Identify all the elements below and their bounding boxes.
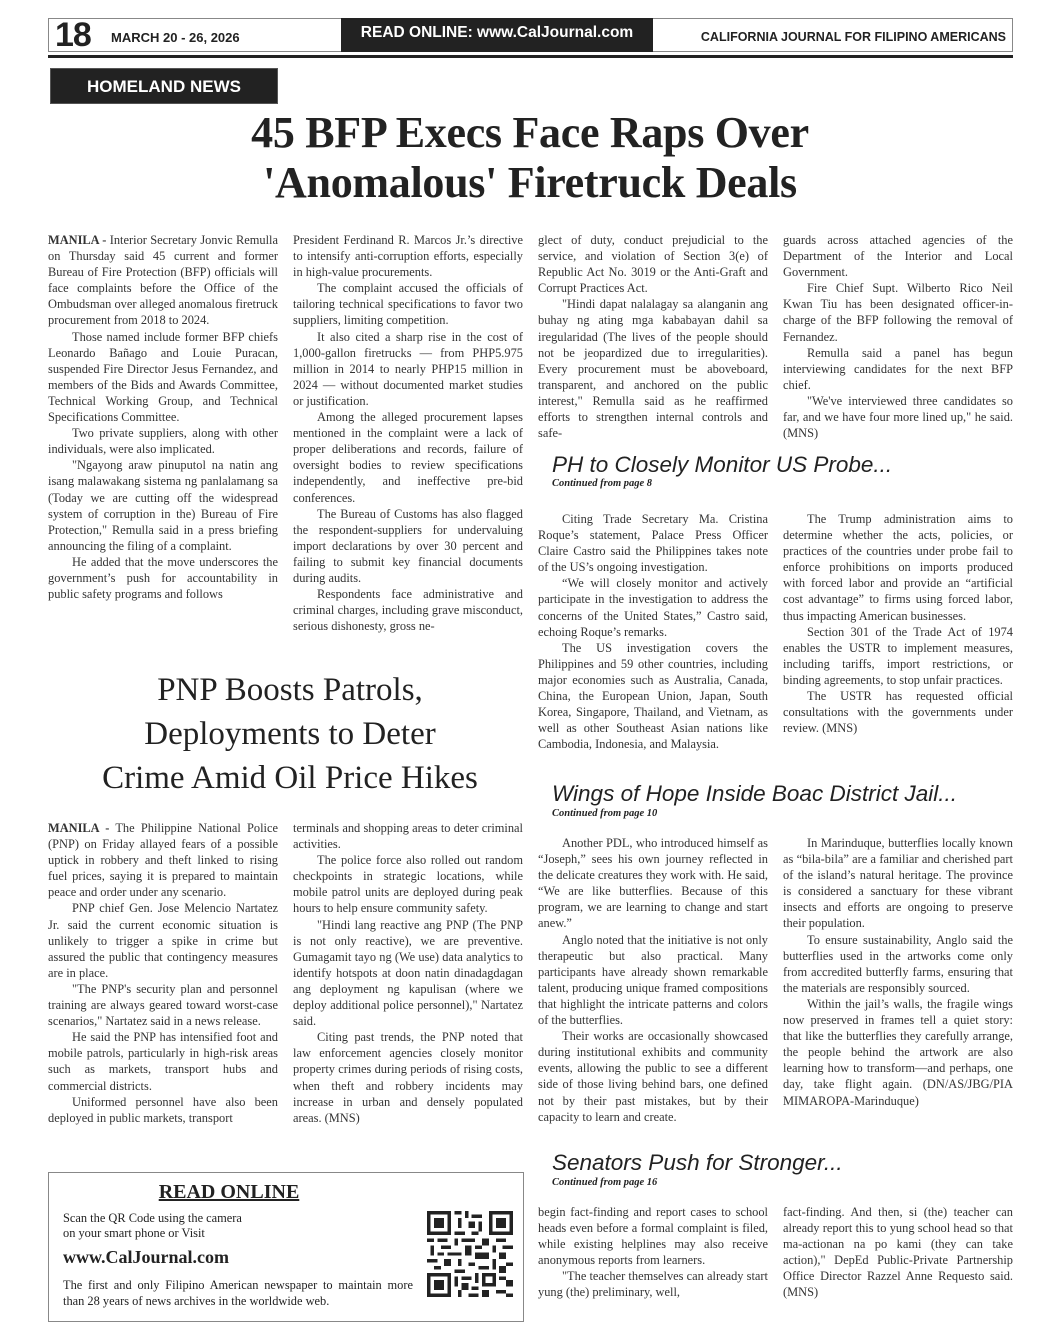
article-paragraph: The Bureau of Customs has also flagged t… (293, 506, 523, 586)
promo-title: READ ONLINE (49, 1181, 409, 1204)
read-online-banner[interactable]: READ ONLINE: www.CalJournal.com (341, 18, 653, 52)
main-headline: 45 BFP Execs Face Raps Over 'Anomalous' … (160, 108, 900, 208)
article3-column-1: Citing Trade Secretary Ma. Cristina Roqu… (538, 511, 768, 752)
article-paragraph: fact-finding. And then, si (the) teacher… (783, 1204, 1013, 1301)
article2-column-1: MANILA - The Philippine National Police … (48, 820, 278, 1126)
pnp-headline: PNP Boosts Patrols, Deployments to Deter… (50, 668, 530, 800)
article2-column-2: terminals and shopping areas to deter cr… (293, 820, 523, 1126)
promo-description: The first and only Filipino American new… (63, 1277, 413, 1309)
article-paragraph: Two private suppliers, along with other … (48, 425, 278, 457)
article-paragraph: Remulla said a panel has begun interview… (783, 345, 1013, 393)
article-paragraph: Respondents face administrative and crim… (293, 586, 523, 634)
article-paragraph: Within the jail’s walls, the fragile win… (783, 996, 1013, 1109)
article-paragraph: MANILA - The Philippine National Police … (48, 820, 278, 900)
article-paragraph: It also cited a sharp rise in the cost o… (293, 329, 523, 409)
masthead: 18 MARCH 20 - 26, 2026 READ ONLINE: www.… (48, 18, 1013, 52)
article-paragraph: Their works are occasionally showcased d… (538, 1028, 768, 1125)
senators-push-headline[interactable]: Senators Push for Stronger... (552, 1150, 843, 1176)
article5-column-1: begin fact-finding and report cases to s… (538, 1204, 768, 1301)
article3-column-2: The Trump administration aims to determi… (783, 511, 1013, 736)
article-paragraph: "Ngayong araw pinuputol na natin ang isa… (48, 457, 278, 554)
article-paragraph: Among the alleged procurement lapses men… (293, 409, 523, 506)
read-online-promo: READ ONLINE Scan the QR Code using the c… (48, 1172, 524, 1322)
article-paragraph: Fire Chief Supt. Wilberto Rico Neil Kwan… (783, 280, 1013, 344)
publication-name: CALIFORNIA JOURNAL FOR FILIPINO AMERICAN… (653, 19, 1012, 51)
continued-note[interactable]: Continued from page 8 (552, 478, 652, 489)
article-paragraph: “We will closely monitor and actively pa… (538, 575, 768, 639)
issue-date: MARCH 20 - 26, 2026 (101, 19, 341, 51)
article4-column-1: Another PDL, who introduced himself as “… (538, 835, 768, 1125)
article-paragraph: PNP chief Gen. Jose Melencio Nartatez Jr… (48, 900, 278, 980)
article-paragraph: MANILA - Interior Secretary Jonvic Remul… (48, 232, 278, 329)
article-paragraph: Uniformed personnel have also been deplo… (48, 1094, 278, 1126)
article-paragraph: Anglo noted that the initiative is not o… (538, 932, 768, 1029)
article1-column-3: glect of duty, conduct prejudicial to th… (538, 232, 768, 441)
article-paragraph: To ensure sustainability, Anglo said the… (783, 932, 1013, 996)
section-tag: HOMELAND NEWS (50, 68, 278, 104)
article-paragraph: guards across attached agencies of the D… (783, 232, 1013, 280)
article-paragraph: In Marinduque, butterflies locally known… (783, 835, 1013, 932)
article-paragraph: The Trump administration aims to determi… (783, 511, 1013, 624)
dateline: MANILA - (48, 233, 106, 247)
masthead-divider (48, 55, 1013, 58)
article-paragraph: terminals and shopping areas to deter cr… (293, 820, 523, 852)
article-paragraph: Those named include former BFP chiefs Le… (48, 329, 278, 426)
pnp-headline-line-1: PNP Boosts Patrols, (50, 668, 530, 712)
article-paragraph: "We've interviewed three candidates so f… (783, 393, 1013, 441)
article-paragraph: The USTR has requested official consulta… (783, 688, 1013, 736)
main-headline-line-1: 45 BFP Execs Face Raps Over (160, 108, 900, 158)
article-paragraph: begin fact-finding and report cases to s… (538, 1204, 768, 1268)
article-paragraph: President Ferdinand R. Marcos Jr.’s dire… (293, 232, 523, 280)
main-headline-line-2: 'Anomalous' Firetruck Deals (160, 158, 900, 208)
ph-monitor-headline[interactable]: PH to Closely Monitor US Probe... (552, 452, 892, 478)
article-paragraph: The police force also rolled out random … (293, 852, 523, 916)
pnp-headline-line-3: Crime Amid Oil Price Hikes (50, 756, 530, 800)
qr-code-icon[interactable] (427, 1211, 513, 1297)
article-paragraph: "Hindi dapat nalalagay sa alanganin ang … (538, 296, 768, 441)
article1-column-2: President Ferdinand R. Marcos Jr.’s dire… (293, 232, 523, 634)
article-paragraph: Another PDL, who introduced himself as “… (538, 835, 768, 932)
wings-of-hope-headline[interactable]: Wings of Hope Inside Boac District Jail.… (552, 781, 957, 807)
article-paragraph: Citing past trends, the PNP noted that l… (293, 1029, 523, 1126)
article-paragraph: glect of duty, conduct prejudicial to th… (538, 232, 768, 296)
article-paragraph: "The PNP's security plan and personnel t… (48, 981, 278, 1029)
continued-note[interactable]: Continued from page 10 (552, 808, 657, 819)
article-paragraph: Section 301 of the Trade Act of 1974 ena… (783, 624, 1013, 688)
article5-column-2: fact-finding. And then, si (the) teacher… (783, 1204, 1013, 1301)
page-number: 18 (49, 19, 101, 51)
article-paragraph: The US investigation covers the Philippi… (538, 640, 768, 753)
article-paragraph: The complaint accused the officials of t… (293, 280, 523, 328)
promo-url-link[interactable]: www.CalJournal.com (63, 1247, 229, 1268)
article4-column-2: In Marinduque, butterflies locally known… (783, 835, 1013, 1109)
continued-note[interactable]: Continued from page 16 (552, 1177, 657, 1188)
article1-column-1: MANILA - Interior Secretary Jonvic Remul… (48, 232, 278, 602)
pnp-headline-line-2: Deployments to Deter (50, 712, 530, 756)
article-paragraph: "Hindi lang reactive ang PNP (The PNP is… (293, 917, 523, 1030)
article-paragraph: He added that the move underscores the g… (48, 554, 278, 602)
promo-instructions: Scan the QR Code using the camera on you… (63, 1211, 323, 1241)
article-paragraph: Citing Trade Secretary Ma. Cristina Roqu… (538, 511, 768, 575)
article1-column-4: guards across attached agencies of the D… (783, 232, 1013, 441)
article-paragraph: "The teacher themselves can already star… (538, 1268, 768, 1300)
dateline: MANILA - (48, 821, 109, 835)
article-paragraph: He said the PNP has intensified foot and… (48, 1029, 278, 1093)
